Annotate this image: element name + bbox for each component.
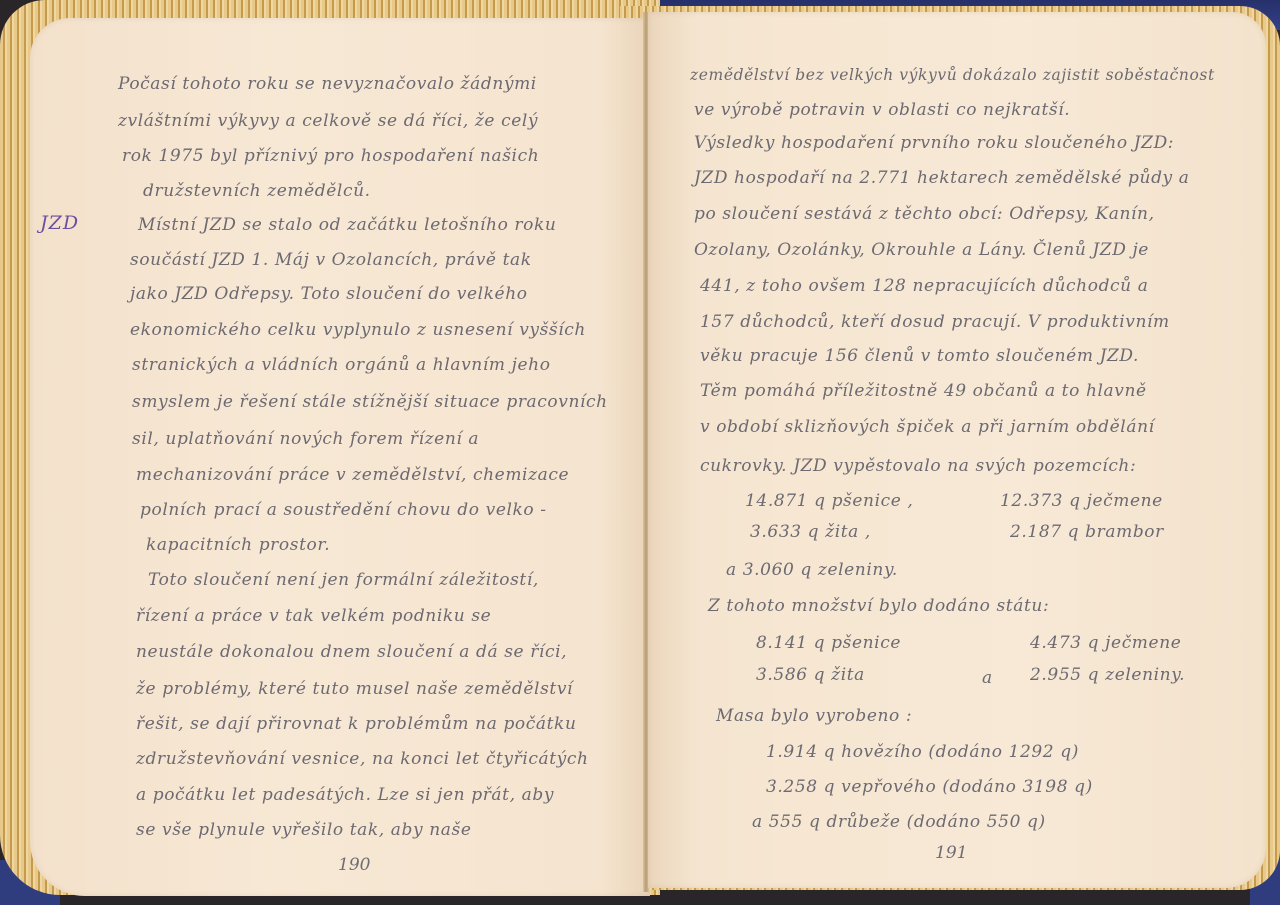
left-line: združstevňování vesnice, na konci let čt… [136,749,589,769]
delivered-cell: 3.586 q žita [756,665,865,685]
left-line: řešit, se dají přirovnat k problémům na … [136,714,577,734]
right-line: ve výrobě potravin v oblasti co nejkratš… [694,100,1070,120]
left-line: součástí JZD 1. Máj v Ozolancích, právě … [130,250,532,270]
delivered-cell: 2.955 q zeleniny. [1030,665,1185,685]
meat-row: 3.258 q vepřového (dodáno 3198 q) [766,777,1093,797]
right-line: zemědělství bez velkých výkyvů dokázalo … [690,66,1215,84]
left-line: Toto sloučení není jen formální záležito… [148,570,539,590]
left-line: družstevních zemědělců. [143,181,371,201]
right-line: Ozolany, Ozolánky, Okrouhle a Lány. Člen… [694,240,1149,260]
delivered-heading: Z tohoto množství bylo dodáno státu: [708,596,1049,616]
delivered-cell: 4.473 q ječmene [1030,633,1181,653]
delivered-conj: a [982,668,993,688]
right-line: Těm pomáhá příležitostně 49 občanů a to … [700,381,1147,401]
left-line: stranických a vládních orgánů a hlavním … [132,355,551,375]
meat-heading: Masa bylo vyrobeno : [716,706,912,726]
harvest-cell: 14.871 q pšenice , [745,491,913,511]
right-line: cukrovky. JZD vypěstovalo na svých pozem… [700,456,1136,476]
left-line: Počasí tohoto roku se nevyznačovalo žádn… [118,74,537,94]
right-line: JZD hospodaří na 2.771 hektarech zeměděl… [694,168,1190,188]
delivered-cell: 8.141 q pšenice [756,633,901,653]
right-line: věku pracuje 156 členů v tomto sloučeném… [700,346,1139,366]
right-line: v období sklizňových špiček a při jarním… [700,417,1155,437]
harvest-cell: 3.633 q žita , [750,522,871,542]
left-line: ekonomického celku vyplynulo z usnesení … [130,320,586,340]
left-line: a počátku let padesátých. Lze si jen přá… [136,785,554,805]
left-line: jako JZD Odřepsy. Toto sloučení do velké… [130,284,528,304]
left-line: smyslem je řešení stále stížnější situac… [132,392,608,412]
left-line: rok 1975 byl příznivý pro hospodaření na… [122,146,539,166]
meat-row: 1.914 q hovězího (dodáno 1292 q) [766,742,1079,762]
right-line: Výsledky hospodaření prvního roku slouče… [694,133,1174,153]
harvest-cell: 12.373 q ječmene [1000,491,1163,511]
harvest-cell: a 3.060 q zeleniny. [726,560,898,580]
left-line: sil, uplatňování nových forem řízení a [132,429,479,449]
left-line: polních prací a soustředění chovu do vel… [140,500,547,520]
meat-row: a 555 q drůbeže (dodáno 550 q) [752,812,1046,832]
page-number-left: 190 [338,855,370,875]
left-line: řízení a práce v tak velkém podniku se [136,606,491,626]
left-line: zvláštními výkyvy a celkově se dá říci, … [118,111,538,131]
harvest-cell: 2.187 q brambor [1010,522,1164,542]
page-number-right: 191 [935,843,967,863]
left-line: že problémy, které tuto musel naše zeměd… [136,679,573,699]
left-line: Místní JZD se stalo od začátku letošního… [138,215,556,235]
right-line: po sloučení sestává z těchto obcí: Odřep… [694,204,1155,224]
right-line: 157 důchodců, kteří dosud pracují. V pro… [700,312,1170,332]
left-line: neustále dokonalou dnem sloučení a dá se… [136,642,567,662]
right-line: 441, z toho ovšem 128 nepracujících důch… [700,276,1148,296]
left-line: mechanizování práce v zemědělství, chemi… [136,465,569,485]
margin-note-jzd: JZD [40,212,79,234]
left-line: kapacitních prostor. [146,535,330,555]
left-line: se vše plynule vyřešilo tak, aby naše [136,820,472,840]
